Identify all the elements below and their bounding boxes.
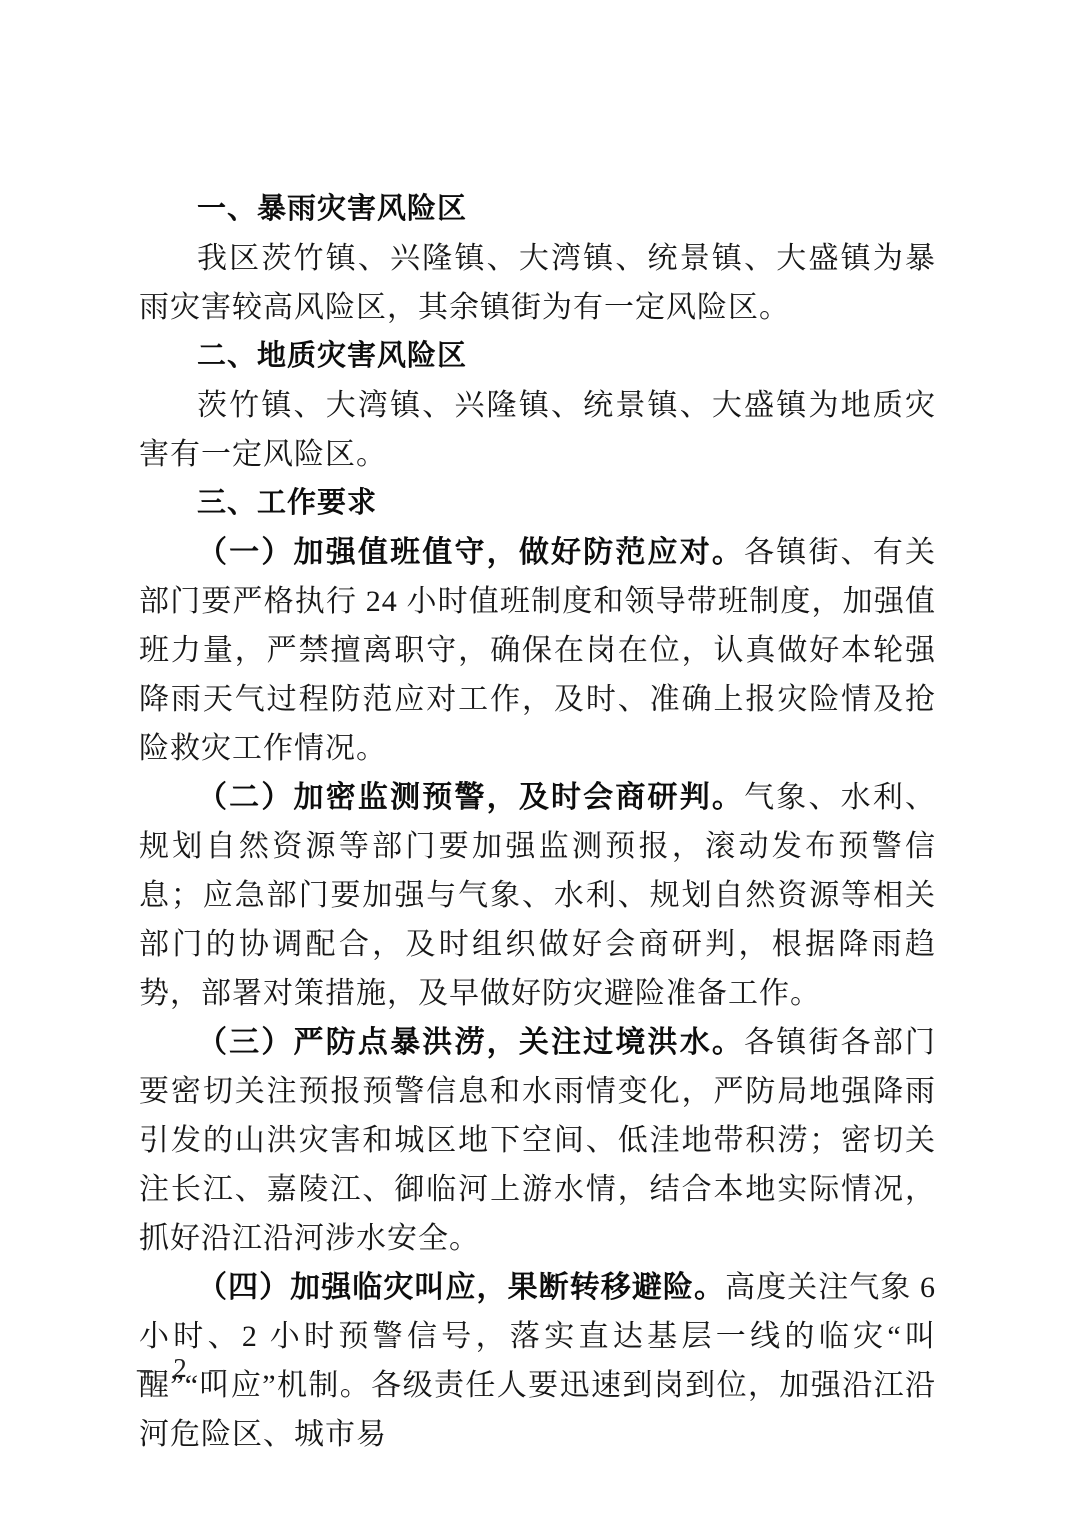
document-body: 一、暴雨灾害风险区 我区茨竹镇、兴隆镇、大湾镇、统景镇、大盛镇为暴雨灾害较高风险… [139, 185, 936, 1459]
section-heading-rainstorm-risk: 一、暴雨灾害风险区 [139, 185, 936, 234]
section-heading-work-requirements: 三、工作要求 [139, 479, 936, 528]
paragraph-requirement-1-text: 各镇街、有关部门要严格执行 24 小时值班制度和领导带班制度，加强值班力量，严禁… [139, 536, 936, 765]
section-heading-geological-risk: 二、地质灾害风险区 [139, 332, 936, 381]
paragraph-requirement-1: （一）加强值班值守，做好防范应对。各镇街、有关部门要严格执行 24 小时值班制度… [139, 528, 936, 773]
paragraph-requirement-2-lead: （二）加密监测预警，及时会商研判。 [197, 781, 744, 814]
paragraph-requirement-1-lead: （一）加强值班值守，做好防范应对。 [197, 536, 744, 569]
paragraph-geological-risk: 茨竹镇、大湾镇、兴隆镇、统景镇、大盛镇为地质灾害有一定风险区。 [139, 381, 936, 479]
page-number: – 2 – [137, 1352, 231, 1384]
paragraph-requirement-4: （四）加强临灾叫应，果断转移避险。高度关注气象 6 小时、2 小时预警信号，落实… [139, 1263, 936, 1459]
paragraph-requirement-3: （三）严防点暴洪涝，关注过境洪水。各镇街各部门要密切关注预报预警信息和水雨情变化… [139, 1018, 936, 1263]
paragraph-requirement-4-lead: （四）加强临灾叫应，果断转移避险。 [197, 1271, 725, 1304]
paragraph-requirement-2-text: 气象、水利、规划自然资源等部门要加强监测预报，滚动发布预警信息；应急部门要加强与… [139, 781, 936, 1010]
paragraph-rainstorm-risk: 我区茨竹镇、兴隆镇、大湾镇、统景镇、大盛镇为暴雨灾害较高风险区，其余镇街为有一定… [139, 234, 936, 332]
document-page: 一、暴雨灾害风险区 我区茨竹镇、兴隆镇、大湾镇、统景镇、大盛镇为暴雨灾害较高风险… [0, 0, 1074, 1520]
paragraph-requirement-3-lead: （三）严防点暴洪涝，关注过境洪水。 [197, 1026, 744, 1059]
paragraph-requirement-2: （二）加密监测预警，及时会商研判。气象、水利、规划自然资源等部门要加强监测预报，… [139, 773, 936, 1018]
paragraph-requirement-3-text: 各镇街各部门要密切关注预报预警信息和水雨情变化，严防局地强降雨引发的山洪灾害和城… [139, 1026, 936, 1255]
